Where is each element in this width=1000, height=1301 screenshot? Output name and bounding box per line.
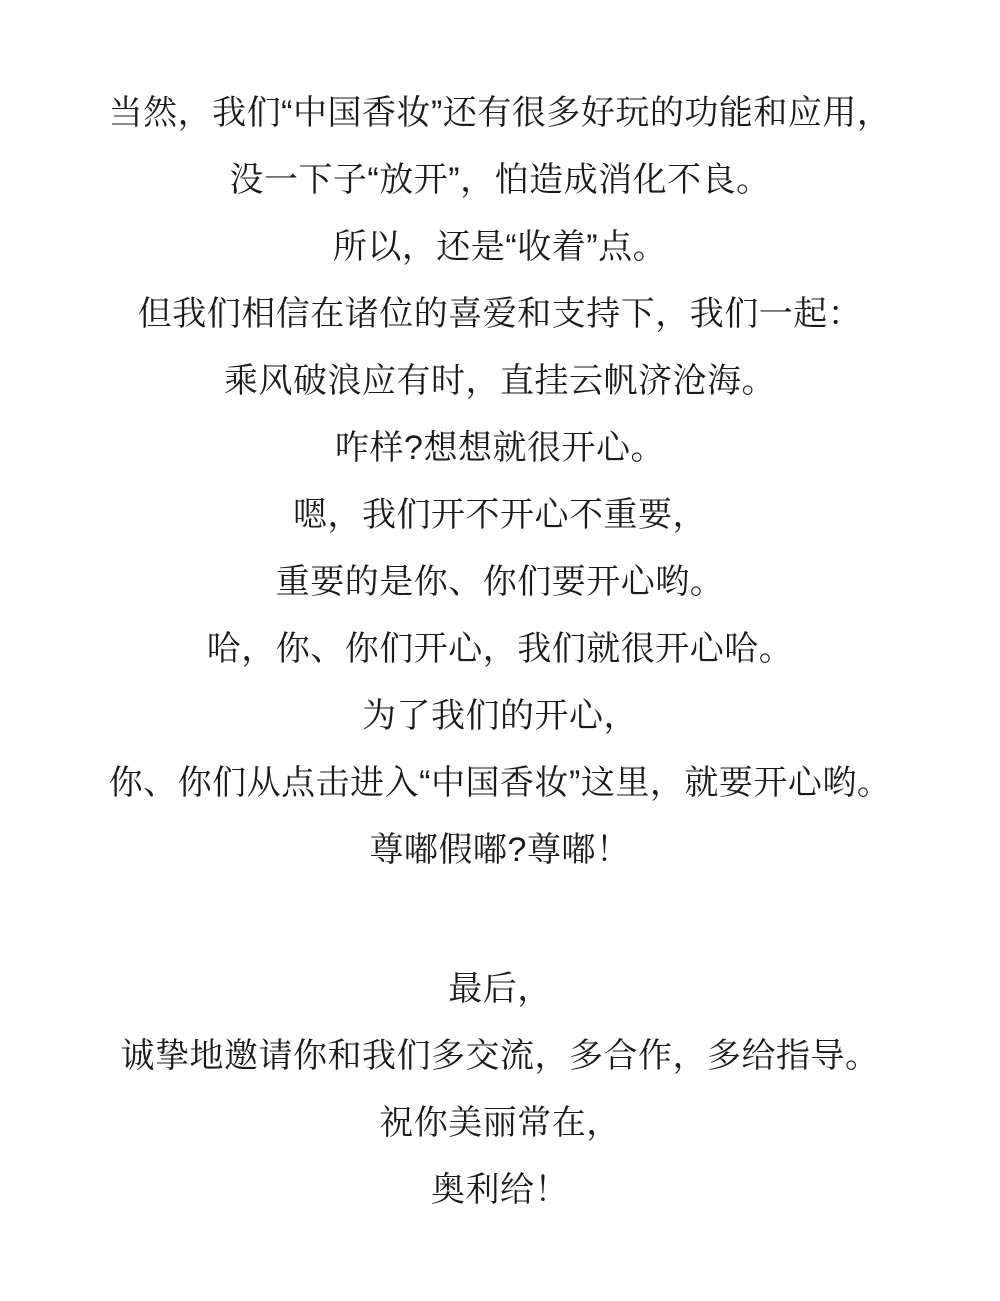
text-line: 最后， <box>0 956 1000 1023</box>
letter-closing-paragraph: 最后， 诚挚地邀请你和我们多交流，多合作，多给指导。 祝你美丽常在， 奥利给！ <box>0 956 1000 1224</box>
text-line: 奥利给！ <box>0 1157 1000 1224</box>
text-line: 诚挚地邀请你和我们多交流，多合作，多给指导。 <box>0 1023 1000 1090</box>
text-line: 尊嘟假嘟?尊嘟！ <box>0 817 1000 884</box>
text-line: 乘风破浪应有时，直挂云帆济沧海。 <box>0 348 1000 415</box>
text-line: 但我们相信在诸位的喜爱和支持下，我们一起： <box>0 281 1000 348</box>
text-line: 祝你美丽常在， <box>0 1090 1000 1157</box>
letter-main-paragraph: 当然，我们“中国香妆”还有很多好玩的功能和应用， 没一下子“放开”，怕造成消化不… <box>0 80 1000 884</box>
text-line: 当然，我们“中国香妆”还有很多好玩的功能和应用， <box>0 80 1000 147</box>
text-line: 所以，还是“收着”点。 <box>0 214 1000 281</box>
text-line: 嗯，我们开不开心不重要， <box>0 482 1000 549</box>
page: { "style": { "background_color": "#fffff… <box>0 0 1000 1301</box>
letter-body: 当然，我们“中国香妆”还有很多好玩的功能和应用， 没一下子“放开”，怕造成消化不… <box>0 0 1000 1224</box>
text-line: 哈，你、你们开心，我们就很开心哈。 <box>0 616 1000 683</box>
text-line: 你、你们从点击进入“中国香妆”这里，就要开心哟。 <box>0 750 1000 817</box>
text-line: 重要的是你、你们要开心哟。 <box>0 549 1000 616</box>
text-line: 咋样?想想就很开心。 <box>0 415 1000 482</box>
text-line: 没一下子“放开”，怕造成消化不良。 <box>0 147 1000 214</box>
paragraph-gap <box>0 884 1000 956</box>
text-line: 为了我们的开心， <box>0 683 1000 750</box>
